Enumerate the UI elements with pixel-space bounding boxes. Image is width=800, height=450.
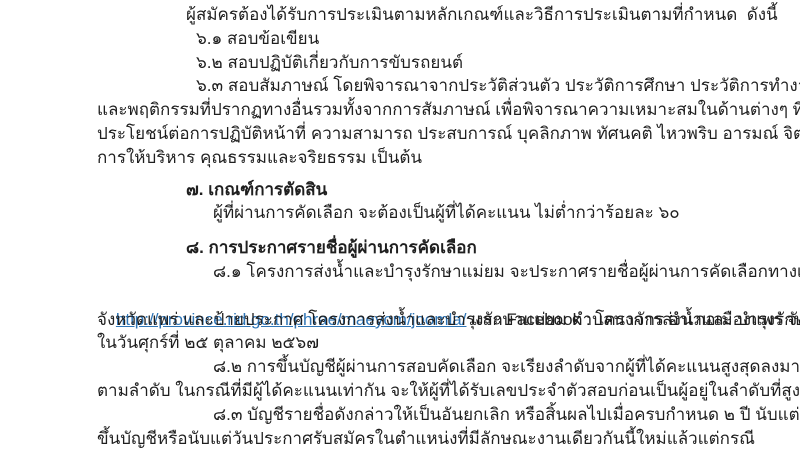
section8-item-8-3-line2: ขึ้นบัญชีหรือนับแต่วันประกาศรับสมัครในตำ… (97, 427, 800, 450)
section6-item-6-3-line2: และพฤติกรรมที่ปรากฏทางอื่นรวมทั้งจากการส… (97, 98, 800, 122)
section7-heading: ๗. เกณฑ์การตัดสิน (186, 178, 800, 202)
section6-intro-line: ผู้สมัครต้องได้รับการประเมินตามหลักเกณฑ์… (186, 3, 800, 27)
section8-item-8-3-line1: ๘.๓ บัญชีรายชื่อดังกล่าวให้เป็นอันยกเลิก… (213, 403, 800, 427)
section8-item-8-2-line1: ๘.๒ การขึ้นบัญชีผู้ผ่านการสอบคัดเลือก จะ… (213, 355, 800, 379)
section7-body: ผู้ที่ผ่านการคัดเลือก จะต้องเป็นผู้ที่ได… (213, 201, 800, 225)
section8-item-8-1-line4: ในวันศุกร์ที่ ๒๕ ตุลาคม ๒๕๖๗ (97, 331, 800, 355)
section6-item-6-2: ๖.๒ สอบปฏิบัติเกี่ยวกับการขับรถยนต์ (196, 51, 800, 75)
section6-item-6-3-line1: ๖.๓ สอบสัมภาษณ์ โดยพิจารณาจากประวัติส่วน… (196, 74, 800, 98)
section8-item-8-1-line3: จังหวัดแพร่ และป้ายประกาศ โครงการส่งน้ำแ… (97, 308, 800, 332)
section6-item-6-3-line3: ประโยชน์ต่อการปฏิบัติหน้าที่ ความสามารถ … (97, 122, 800, 146)
section8-item-8-1-line1: ๘.๑ โครงการส่งน้ำและบำรุงรักษาแม่ยม จะปร… (213, 260, 800, 284)
section6-item-6-3-line4: การให้บริหาร คุณธรรมและจริยธรรม เป็นต้น (97, 146, 800, 170)
section8-item-8-1-line2: http://province.rid.go.th/phrae/maeyom/j… (97, 284, 800, 308)
section6-item-6-1: ๖.๑ สอบข้อเขียน (196, 27, 800, 51)
section8-item-8-2-line2: ตามลำดับ ในกรณีที่มีผู้ได้คะแนนเท่ากัน จ… (97, 379, 800, 403)
section8-heading: ๘. การประกาศรายชื่อผู้ผ่านการคัดเลือก (186, 236, 800, 260)
document-page: ผู้สมัครต้องได้รับการประเมินตามหลักเกณฑ์… (0, 0, 800, 450)
